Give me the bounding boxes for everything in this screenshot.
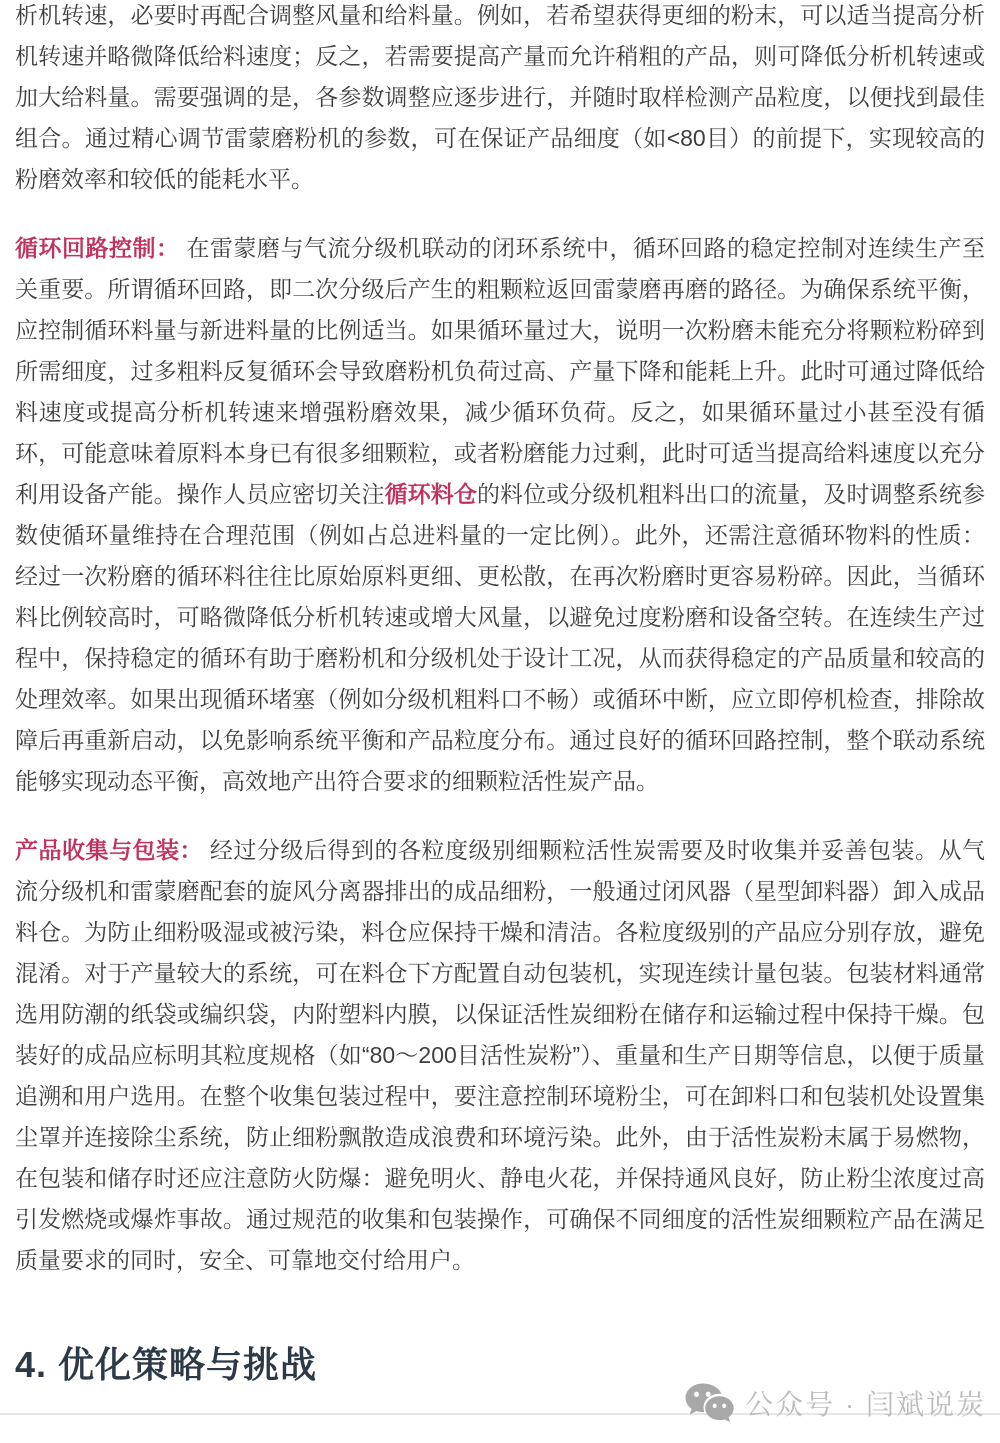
article-page: 析机转速，必要时再配合调整风量和给料量。例如，若希望获得更细的粉末，可以适当提高… [0, 0, 1000, 1443]
text-segment: 析机转速，必要时再配合调整风量和给料量。例如，若希望获得更细的粉末，可以适当提高… [15, 2, 985, 192]
paragraph-parameter-tuning: 析机转速，必要时再配合调整风量和给料量。例如，若希望获得更细的粉末，可以适当提高… [15, 0, 985, 200]
highlighted-term: 产品收集与包装： [15, 837, 203, 863]
text-segment: 的料位或分级机粗料出口的流量，及时调整系统参数使循环量维持在合理范围（例如占总进… [15, 481, 985, 794]
text-segment: 经过分级后得到的各粒度级别细颗粒活性炭需要及时收集并妥善包装。从气流分级机和雷蒙… [15, 837, 985, 1273]
wechat-watermark: 公众号 · 闫斌说炭 [683, 1381, 986, 1425]
paragraph-product-collection-packaging: 产品收集与包装： 经过分级后得到的各粒度级别细颗粒活性炭需要及时收集并妥善包装。… [15, 830, 985, 1281]
highlighted-term: 循环料仓 [385, 481, 477, 507]
highlighted-term: 循环回路控制： [15, 235, 180, 261]
wechat-icon [683, 1381, 735, 1425]
watermark-label: 公众号 · 闫斌说炭 [745, 1383, 986, 1423]
text-segment: 在雷蒙磨与气流分级机联动的闭环系统中，循环回路的稳定控制对连续生产至关重要。所谓… [15, 235, 985, 507]
paragraph-circulation-loop-control: 循环回路控制： 在雷蒙磨与气流分级机联动的闭环系统中，循环回路的稳定控制对连续生… [15, 228, 985, 802]
article-body: 析机转速，必要时再配合调整风量和给料量。例如，若希望获得更细的粉末，可以适当提高… [0, 0, 1000, 1387]
